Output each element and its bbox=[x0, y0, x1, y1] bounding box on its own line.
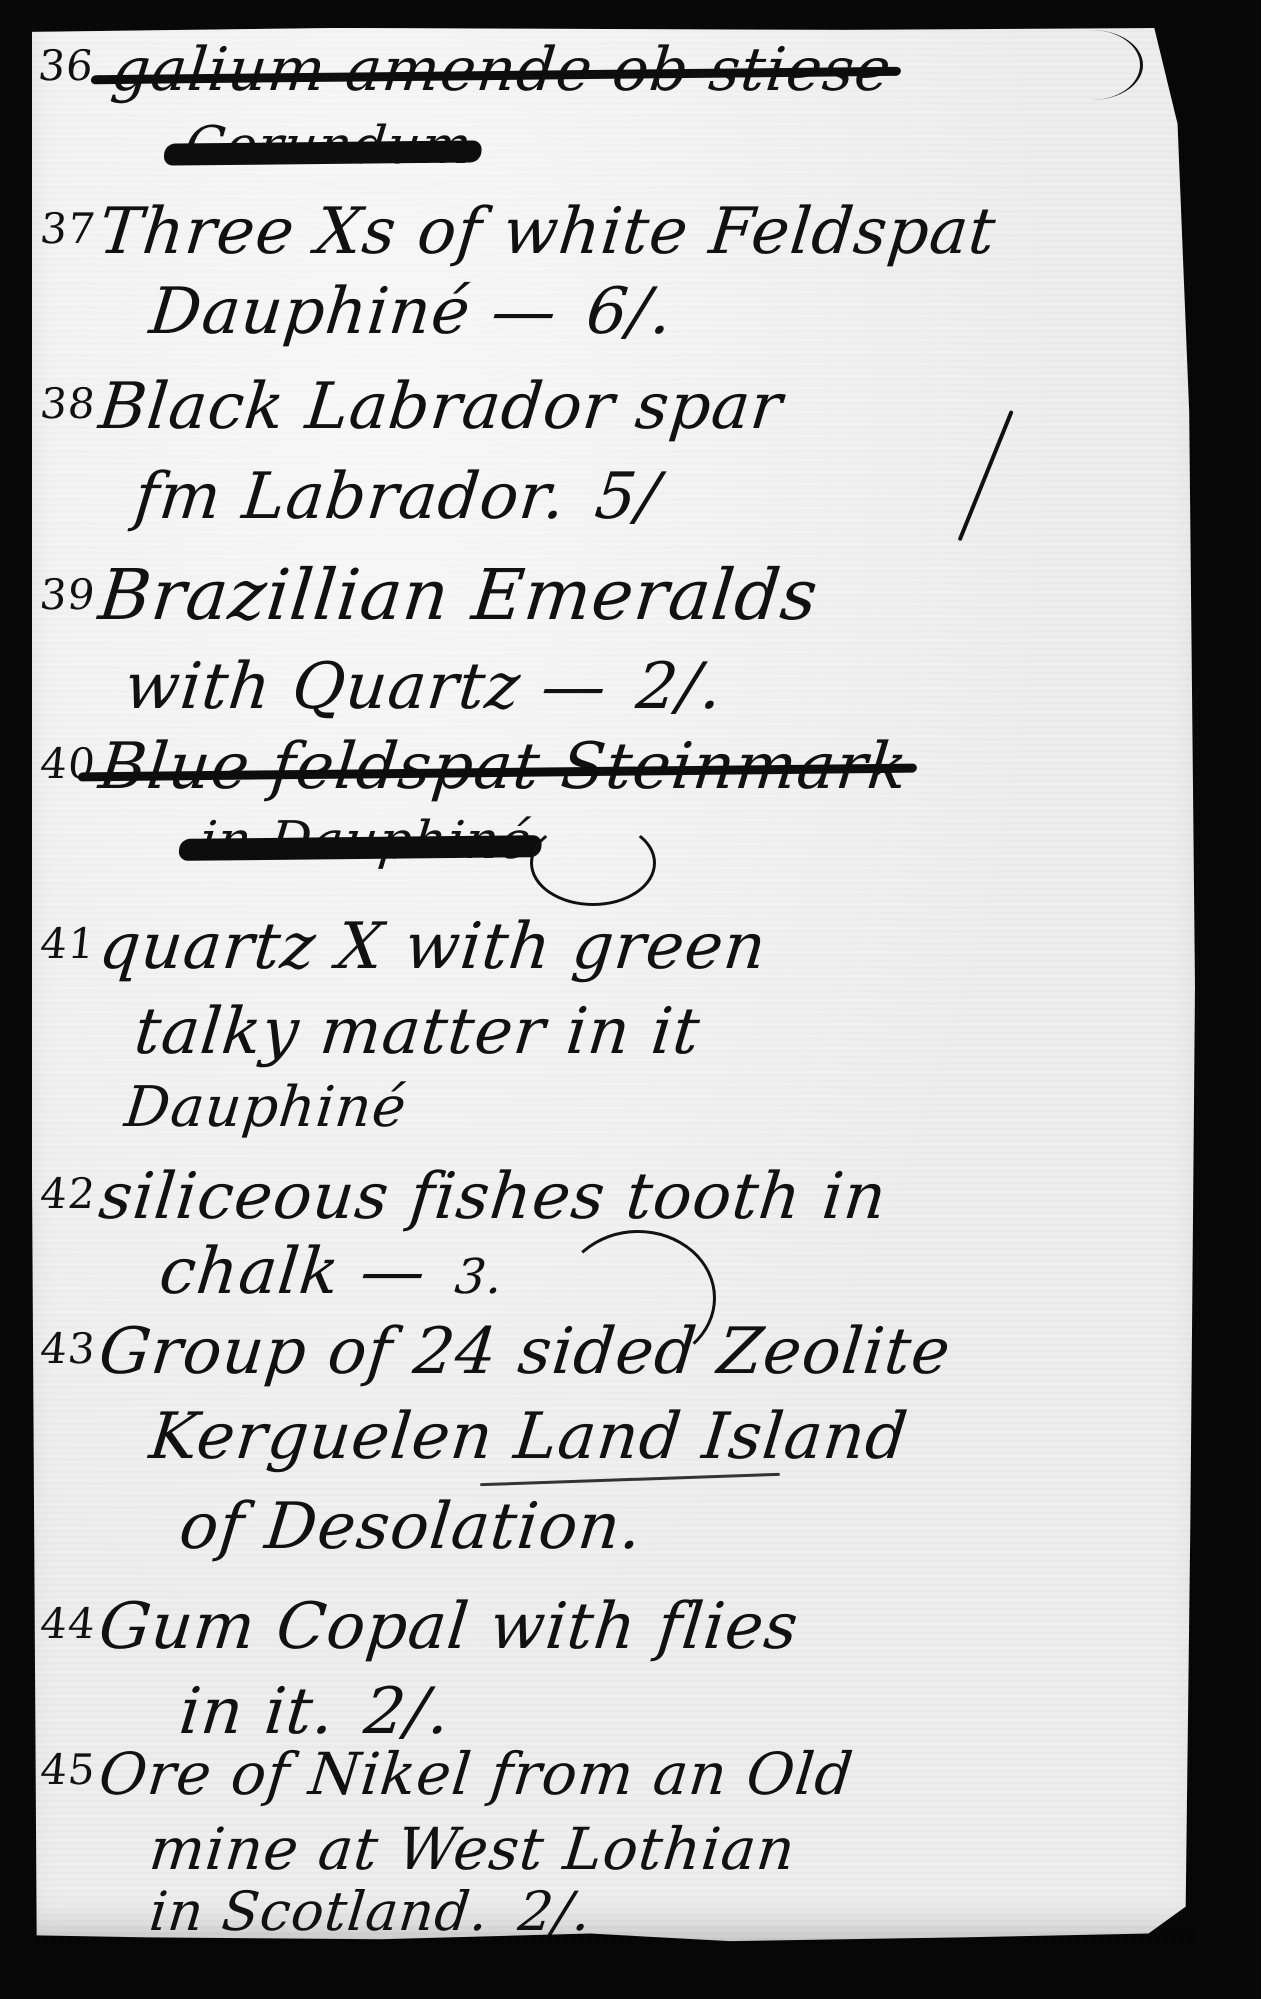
entry-text: Dauphiné bbox=[122, 1075, 410, 1140]
entry-45-line-2: mine at West Lothian bbox=[147, 1820, 798, 1878]
entry-41-line-3: Dauphiné bbox=[122, 1080, 409, 1136]
entry-number: 44 bbox=[38, 1599, 99, 1648]
entry-text: Black Labrador spar bbox=[96, 370, 787, 444]
entry-number: 39 bbox=[37, 570, 98, 619]
entry-text: quartz X with green bbox=[96, 910, 770, 984]
entry-text: in it. bbox=[176, 1675, 338, 1749]
entry-number: 42 bbox=[38, 1169, 99, 1218]
entry-number: 41 bbox=[38, 919, 99, 968]
price-label: 5/ bbox=[592, 460, 664, 534]
entry-text: Group of 24 sided Zeolite bbox=[96, 1315, 955, 1389]
entry-text: with Quartz — bbox=[121, 650, 611, 724]
price-label: 6/. bbox=[583, 275, 676, 349]
entry-text: of Desolation. bbox=[176, 1490, 646, 1564]
struck-text: galium amende ob stiese bbox=[108, 35, 895, 105]
price-label: 3. bbox=[452, 1249, 506, 1305]
entry-number: 38 bbox=[38, 379, 99, 428]
entry-number: 43 bbox=[38, 1324, 99, 1373]
entry-44-line-2: in it.2/. bbox=[177, 1680, 454, 1744]
price-label: 2/. bbox=[633, 650, 726, 724]
entry-text: siliceous fishes tooth in bbox=[96, 1160, 891, 1234]
entry-39-line-2: with Quartz —2/. bbox=[122, 655, 726, 719]
entry-41-line-2: talky matter in it bbox=[132, 1000, 704, 1064]
entry-text: Ore of Nikel from an Old bbox=[96, 1740, 857, 1808]
struck-text: Corundum bbox=[182, 116, 475, 176]
entry-number: 37 bbox=[38, 204, 99, 253]
entry-38-line-1: 38Black Labrador spar bbox=[37, 375, 786, 439]
entry-number: 45 bbox=[38, 1745, 99, 1794]
entry-text: in Scotland. bbox=[147, 1880, 492, 1943]
entry-40-line-2: in Dauphiné bbox=[197, 815, 534, 867]
entry-45-line-1: 45Ore of Nikel from an Old bbox=[37, 1745, 856, 1803]
struck-text: in Dauphiné bbox=[197, 811, 535, 871]
entry-text: chalk — bbox=[156, 1235, 430, 1309]
entry-36-line-1: 36.galium amende ob stiese bbox=[35, 40, 895, 100]
entry-45-line-3: in Scotland.2/. bbox=[147, 1885, 594, 1939]
entry-40-line-1: 40Blue feldspat Steinmark bbox=[37, 735, 911, 799]
loop-mark bbox=[530, 820, 656, 906]
entry-text: Gum Copal with flies bbox=[96, 1590, 802, 1664]
entry-41-line-1: 41quartz X with green bbox=[37, 915, 770, 979]
entry-43-line-1: 43Group of 24 sided Zeolite bbox=[37, 1320, 954, 1384]
entry-text: Dauphiné — bbox=[146, 275, 561, 349]
entry-42-line-2: chalk —3. bbox=[157, 1240, 507, 1304]
struck-text: Blue feldspat Steinmark bbox=[96, 730, 912, 804]
entry-39-line-1: 39Brazillian Emeralds bbox=[36, 560, 821, 630]
entry-37-line-1: 37Three Xs of white Feldspat bbox=[37, 200, 999, 264]
entry-text: Kerguelen Land Island bbox=[146, 1400, 911, 1474]
entry-text: Three Xs of white Feldspat bbox=[96, 195, 1000, 269]
entry-text: talky matter in it bbox=[131, 995, 704, 1069]
price-label: 2/. bbox=[361, 1675, 454, 1749]
entry-42-line-1: 42siliceous fishes tooth in bbox=[37, 1165, 890, 1229]
price-label: 2/. bbox=[515, 1880, 594, 1943]
entry-text: fm Labrador. bbox=[131, 460, 569, 534]
entry-37-line-2: Dauphiné —6/. bbox=[147, 280, 676, 344]
curve-mark bbox=[1040, 30, 1143, 100]
entry-text: mine at West Lothian bbox=[146, 1815, 798, 1883]
entry-43-line-3: of Desolation. bbox=[177, 1495, 646, 1559]
entry-38-line-2: fm Labrador.5/ bbox=[132, 465, 664, 529]
entry-36-line-2: Corundum bbox=[182, 120, 474, 172]
entry-44-line-1: 44Gum Copal with flies bbox=[37, 1595, 802, 1659]
entry-43-line-2: Kerguelen Land Island bbox=[147, 1405, 911, 1469]
entry-text: Brazillian Emeralds bbox=[95, 554, 822, 636]
